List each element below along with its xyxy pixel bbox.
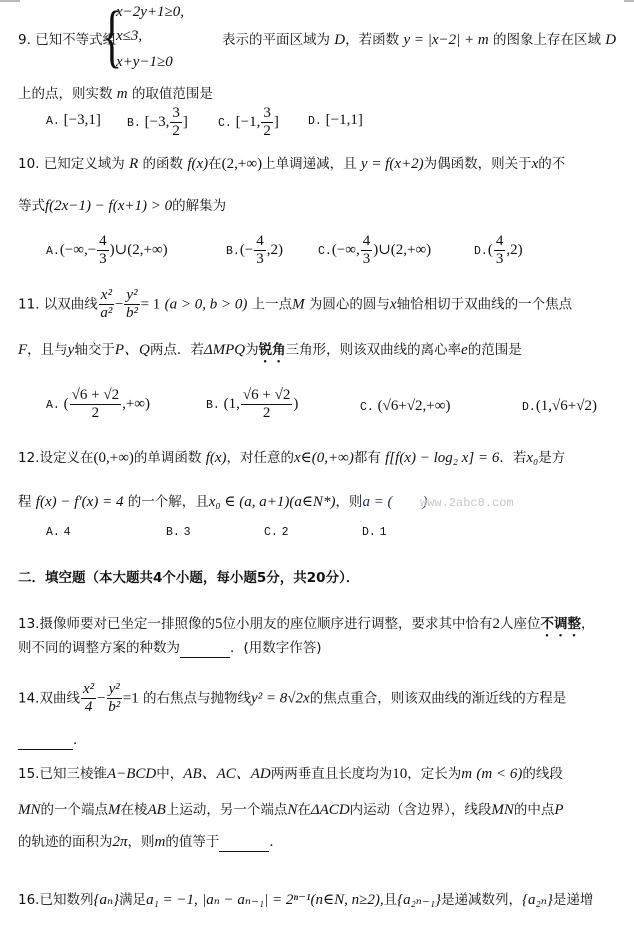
q12-option-a: A. 4 xyxy=(46,524,71,539)
q14-line1: 14.双曲线x²4−y²b²=1 的右焦点与抛物线y² = 8√2x的焦点重合，… xyxy=(18,682,566,715)
q14-line2: ． xyxy=(18,730,87,750)
q10-option-c: C.(−∞,43)∪(2,+∞) xyxy=(318,234,431,267)
answer-blank-14 xyxy=(18,735,73,750)
q9-line2: 上的点，则实数 m 的取值范围是 xyxy=(18,84,213,104)
q11-option-d: D.(1,√6+√2) xyxy=(522,398,597,415)
q10-option-b: B.(−43,2) xyxy=(226,234,283,267)
page-edge-mark-right xyxy=(624,0,634,2)
q15-line3: 的轨迹的面积为2π，则m的值等于． xyxy=(18,832,283,852)
q10-line1: 10. 已知定义域为 R 的函数 f(x)在(2,+∞)上单调递减，且 y = … xyxy=(18,154,565,174)
answer-blank-13 xyxy=(180,643,230,658)
q11-line2: F，且与y轴交于P、Q两点．若ΔMPQ为锐角三角形，则该双曲线的离心率e的范围是 xyxy=(18,340,522,366)
section-2-title: 二．填空题（本大题共4个小题，每小题5分，共20分）． xyxy=(18,568,359,588)
answer-blank-15 xyxy=(219,837,269,852)
q9-option-a: A. [−3,1] xyxy=(46,112,101,129)
q16-line1: 16.已知数列{aₙ}满足a₁ = −1, |aₙ − aₙ₋₁| = 2ⁿ⁻¹… xyxy=(18,890,593,910)
page-edge-mark-left xyxy=(0,0,20,2)
q10-option-a: A.(−∞,−43)∪(2,+∞) xyxy=(46,234,168,267)
q10-option-d: D.(43,2) xyxy=(474,234,523,267)
q10-line2: 等式f(2x−1) − f(x+1) > 0的解集为 xyxy=(18,196,226,216)
watermark: www.2abc8.com xyxy=(420,496,514,510)
q15-line1: 15.已知三棱锥A−BCD中，AB、AC、AD两两垂直且长度均为10，定长为m … xyxy=(18,764,563,784)
q9-option-b: B. [−3,32] xyxy=(127,106,188,139)
q15-line2: MN的一个端点M在棱AB上运动，另一个端点N在ΔACD内运动（含边界），线段MN… xyxy=(18,800,564,820)
q12-line1: 12.设定义在(0,+∞)的单调函数 f(x)，对任意的x∈(0,+∞)都有 f… xyxy=(18,448,565,468)
q11-option-a: A. (√6 + √22,+∞) xyxy=(46,388,150,421)
q13-line1: 13.摄像师要对已坐定一排照像的5位小朋友的座位顺序进行调整，要求其中恰有2人座… xyxy=(18,614,594,640)
q11-option-b: B. (1,√6 + √22) xyxy=(206,388,298,421)
q9-option-c: C. [−1,32] xyxy=(218,106,279,139)
q12-option-d: D. 1 xyxy=(362,524,387,539)
q12-line2: 程 f(x) − f′(x) = 4 的一个解，且x₀ ∈ (a, a+1)(a… xyxy=(18,492,428,512)
q12-option-b: B. 3 xyxy=(166,524,191,539)
q11-option-c: C. (√6+√2,+∞) xyxy=(360,398,450,415)
q11-line1: 11. 以双曲线x²a²−y²b²= 1 (a > 0, b > 0) 上一点M… xyxy=(18,288,572,321)
q9-line1-rest: 表示的平面区域为 D，若函数 y = |x−2| + m 的图象上存在区域 D xyxy=(222,30,616,50)
q13-line2: 则不同的调整方案的种数为．(用数字作答) xyxy=(18,638,322,658)
q12-option-c: C. 2 xyxy=(264,524,289,539)
q9-option-d: D. [−1,1] xyxy=(308,112,363,129)
